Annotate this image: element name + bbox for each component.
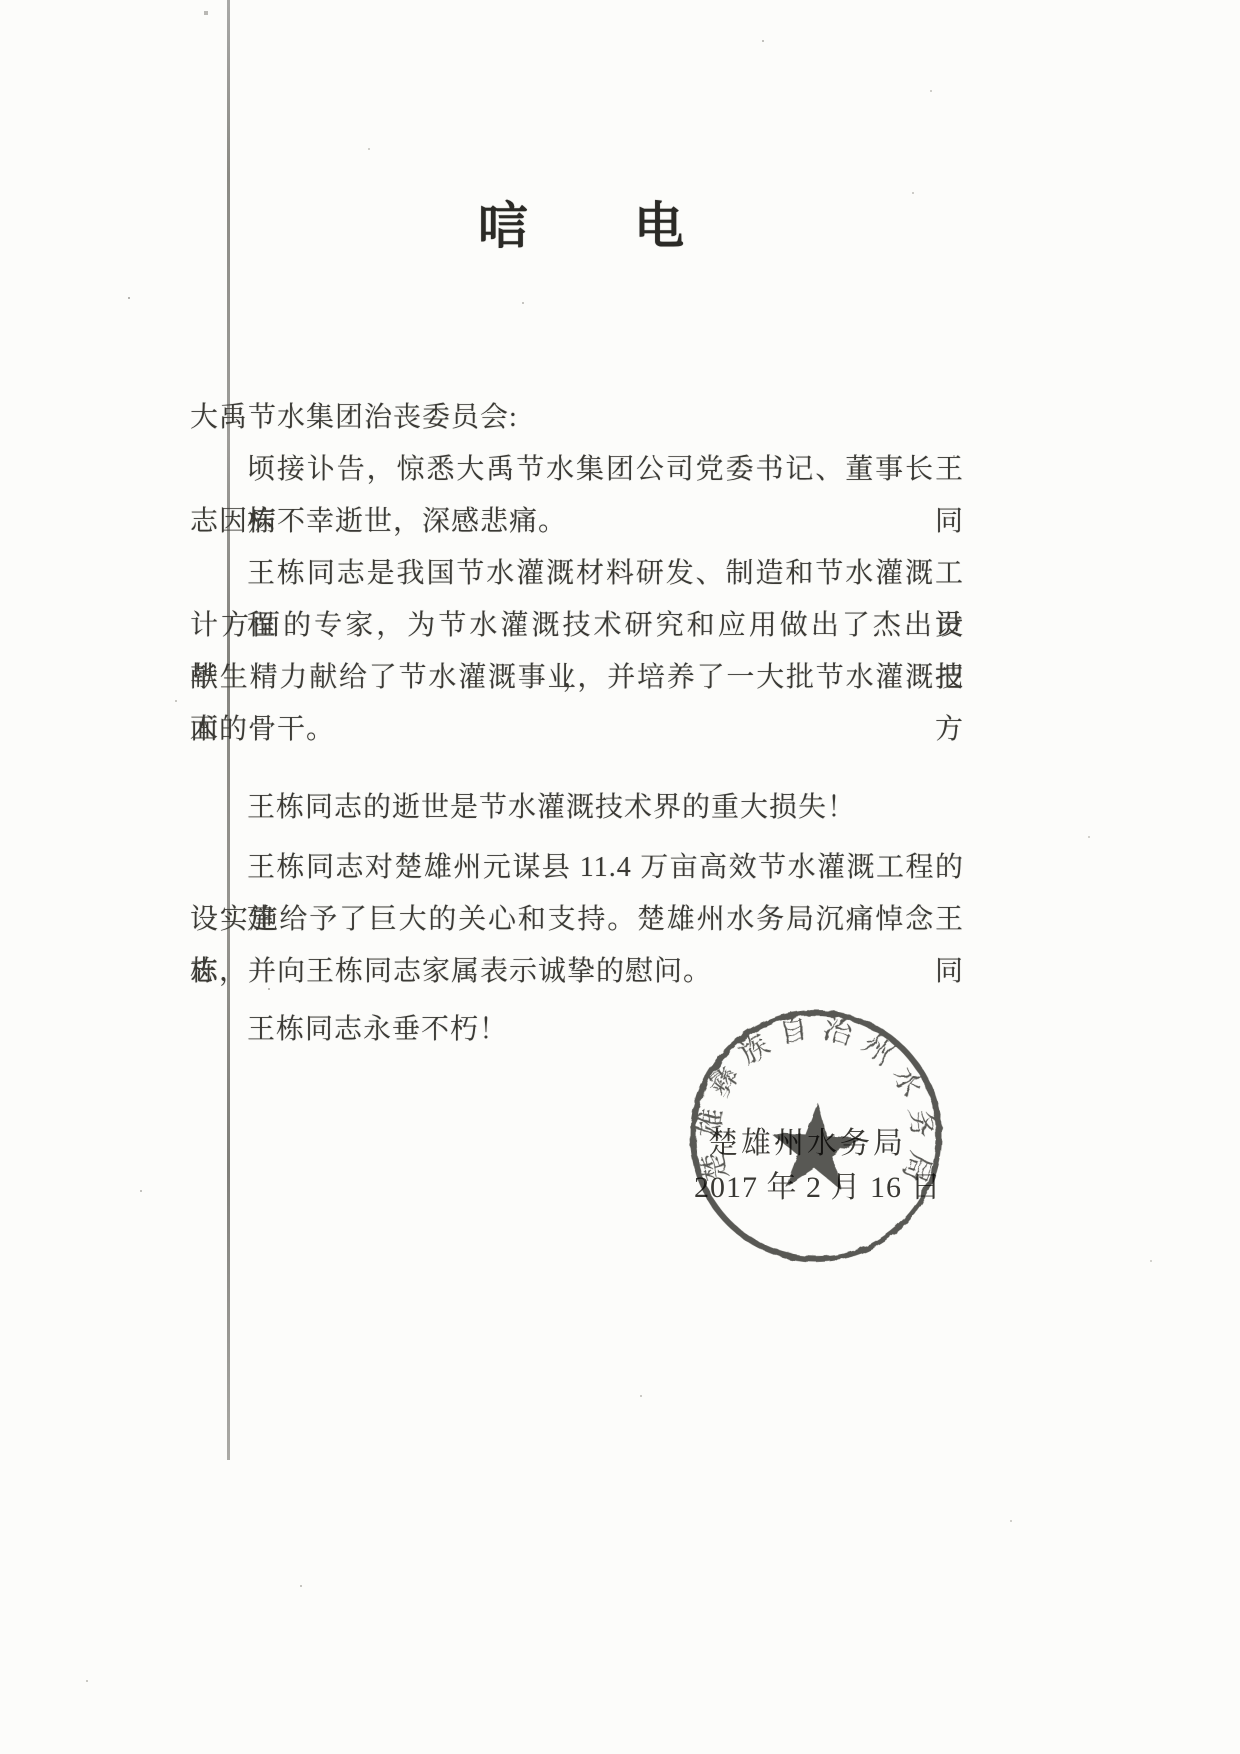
scan-noise-specks: [0, 0, 2, 2]
body-line: 计方面的专家，为节水灌溉技术研究和应用做出了杰出贡献，把: [190, 600, 964, 652]
body-line: 毕生精力献给了节水灌溉事业，并培养了一大批节水灌溉技术方: [190, 652, 964, 704]
document-body: 大禹节水集团治丧委员会: 顷接讣告，惊悉大禹节水集团公司党委书记、董事长王栋同 …: [190, 392, 964, 1056]
body-line: 王栋同志的逝世是节水灌溉技术界的重大损失！: [190, 782, 964, 834]
seal-star-icon: ★: [759, 1080, 872, 1216]
salutation-line: 大禹节水集团治丧委员会:: [190, 392, 964, 444]
body-line: 王栋同志对楚雄州元谋县 11.4 万亩高效节水灌溉工程的建: [190, 842, 964, 894]
scanned-document-page: 唁 电 大禹节水集团治丧委员会: 顷接讣告，惊悉大禹节水集团公司党委书记、董事长…: [0, 0, 1240, 1754]
body-line: 王栋同志是我国节水灌溉材料研发、制造和节水灌溉工程设: [190, 548, 964, 600]
body-line: 设实施给予了巨大的关心和支持。楚雄州水务局沉痛悼念王栋同: [190, 894, 964, 946]
body-line: 顷接讣告，惊悉大禹节水集团公司党委书记、董事长王栋同: [190, 444, 964, 496]
document-title: 唁 电: [190, 186, 974, 258]
official-seal: 楚雄彝族自治州水务局 ★: [673, 993, 959, 1279]
